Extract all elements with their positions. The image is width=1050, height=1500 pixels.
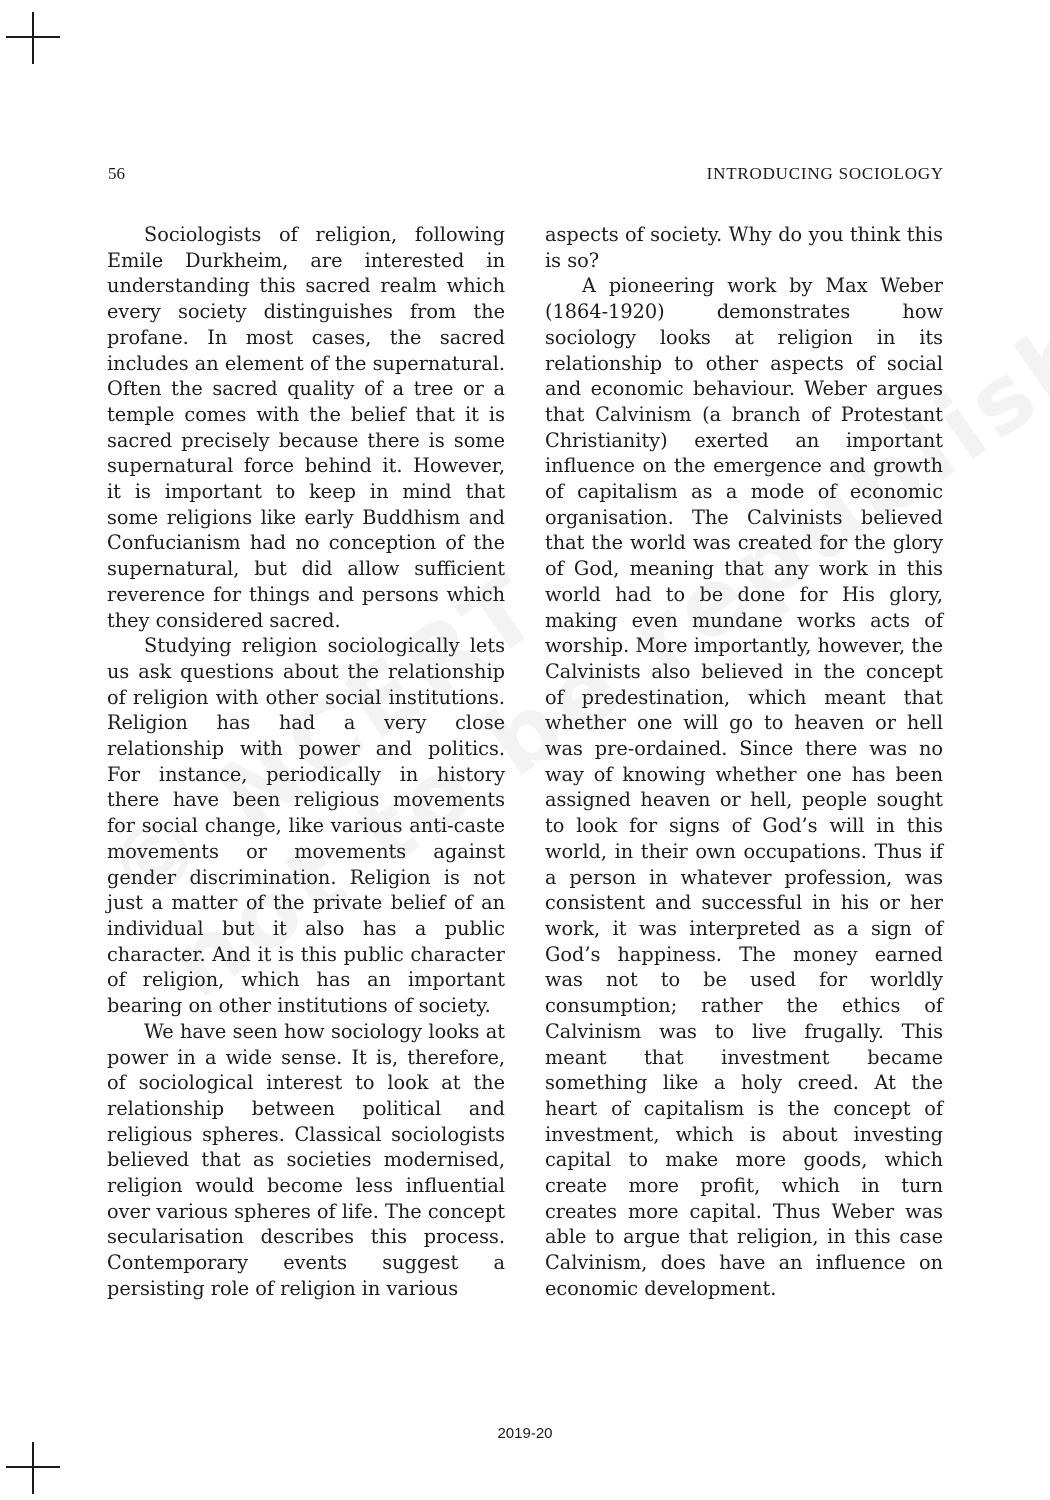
page-number: 56: [108, 164, 125, 184]
footer-year: 2019-20: [0, 1425, 1050, 1442]
crop-mark-bottom: [0, 1430, 70, 1500]
paragraph-sacred-realm: Sociologists of religion, following Emil…: [107, 222, 505, 633]
left-column: Sociologists of religion, following Emil…: [107, 222, 505, 1302]
crop-mark-top: [0, 0, 70, 70]
right-column: aspects of society. Why do you think thi…: [545, 222, 943, 1302]
paragraph-power-politics: We have seen how sociology looks at powe…: [107, 1019, 505, 1302]
book-title: INTRODUCING SOCIOLOGY: [707, 164, 944, 184]
running-head: 56 INTRODUCING SOCIOLOGY: [108, 164, 944, 188]
paragraph-studying-religion: Studying religion sociologically lets us…: [107, 633, 505, 1019]
paragraph-max-weber: A pioneering work by Max Weber (1864-192…: [545, 273, 943, 1301]
crop-mark-vertical: [32, 1442, 34, 1494]
paragraph-continuation: aspects of society. Why do you think thi…: [545, 222, 943, 273]
crop-mark-vertical: [32, 12, 34, 64]
